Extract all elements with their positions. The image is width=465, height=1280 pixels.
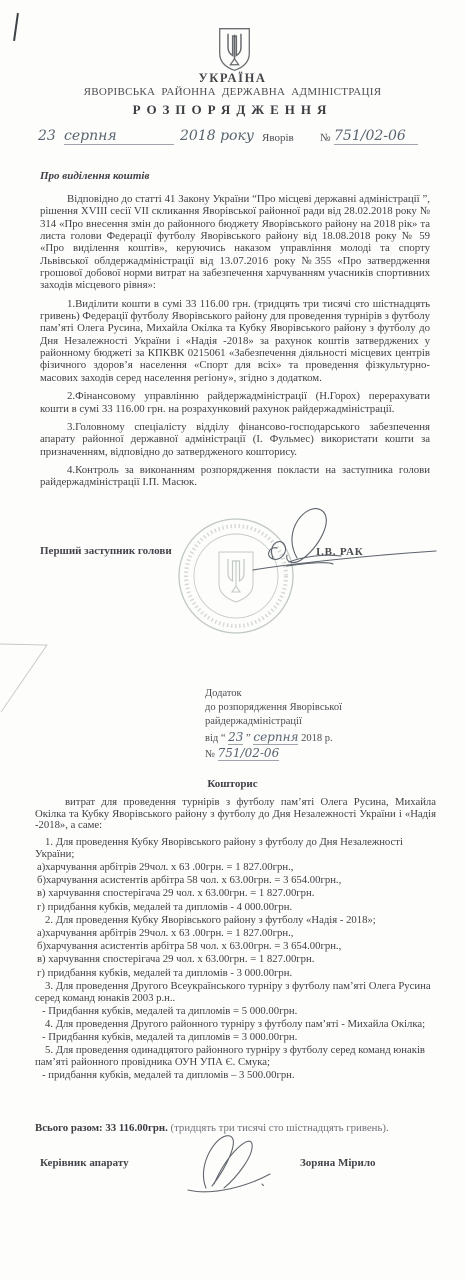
signatory-role-2: Керівник апарату <box>40 1157 129 1169</box>
appendix-date-quote: ” <box>246 733 251 744</box>
estimate-line: - Придбання кубків, медалей та дипломів … <box>35 1006 436 1018</box>
estimate-line: а)харчування арбітрів 29чол. х 63 .00грн… <box>35 862 436 874</box>
estimate-line: г) придбання кубків, медалей та дипломів… <box>35 902 436 914</box>
paragraph-item-4: 4.Контроль за виконанням розпорядження п… <box>40 464 430 489</box>
document-subject: Про виділення коштів <box>40 170 149 182</box>
pen-mark <box>13 13 19 41</box>
handwritten-month: серпня <box>64 128 174 145</box>
estimate-line: а)харчування арбітрів 29чол. х 63 .00грн… <box>35 928 436 940</box>
handwritten-day: 23 <box>38 128 56 144</box>
city-label: Яворів <box>262 132 294 144</box>
document-type-title: РОЗПОРЯДЖЕННЯ <box>0 102 465 118</box>
appendix-date-line: від “ 23 ” серпня 2018 р. <box>205 730 435 746</box>
trident-shield-icon <box>216 27 253 72</box>
handwritten-signature-2 <box>178 1124 283 1199</box>
country-title: УКРАЇНА <box>0 71 465 86</box>
appendix-date-prefix: від “ <box>205 733 226 744</box>
appendix-line-1: Додаток <box>205 687 435 701</box>
estimate-body: витрат для проведення турнірів з футболу… <box>35 797 436 1083</box>
estimate-line: г) придбання кубків, медалей та дипломів… <box>35 968 436 980</box>
appendix-reference: Додаток до розпорядження Яворівської рай… <box>205 687 435 762</box>
estimate-intro: витрат для проведення турнірів з футболу… <box>35 797 436 832</box>
appendix-handwritten-day: 23 <box>228 730 243 745</box>
paragraph-item-1: 1.Виділити кошти в сумі 33 116.00 грн. (… <box>40 298 430 384</box>
estimate-line: - Придбання кубків, медалей та дипломів … <box>35 1032 436 1044</box>
signatory-name-2: Зоряна Мірило <box>300 1157 376 1169</box>
estimate-line: б)харчування асистентів арбітра 58 чол. … <box>35 941 436 953</box>
page-fold-crease <box>0 633 60 718</box>
estimate-line: 5. Для проведення одинадцятого районного… <box>35 1045 436 1068</box>
estimate-line: 2. Для проведення Кубку Яворівського рай… <box>35 915 436 927</box>
paragraph-item-2: 2.Фінансовому управлінню райдержадмініст… <box>40 390 430 415</box>
scanned-document-page: УКРАЇНА ЯВОРІВСЬКА РАЙОННА ДЕРЖАВНА АДМІ… <box>0 0 465 1280</box>
paragraph-preamble: Відповідно до статті 41 Закону України “… <box>40 193 430 292</box>
appendix-line-3: райдержадміністрації <box>205 715 435 729</box>
handwritten-document-number: 751/02-06 <box>334 128 418 145</box>
estimate-line: 1. Для проведення Кубку Яворівського рай… <box>35 837 436 860</box>
appendix-number-line: № 751/02-06 <box>205 746 435 762</box>
estimate-line: 3. Для проведення Другого Всеукраїнськог… <box>35 981 436 1004</box>
estimate-line: в) харчування спостерігача 29 чол. х 63.… <box>35 888 436 900</box>
handwritten-year: 2018 року <box>180 128 254 144</box>
date-number-line: 23 серпня 2018 року Яворів № 751/02-06 <box>38 128 445 150</box>
appendix-handwritten-number: 751/02-06 <box>218 746 280 761</box>
number-sign: № <box>320 132 331 144</box>
estimate-line: в) харчування спостерігача 29 чол. х 63.… <box>35 954 436 966</box>
document-body: Відповідно до статті 41 Закону України “… <box>40 193 430 495</box>
appendix-handwritten-month: серпня <box>253 730 298 745</box>
total-amount: Всього разом: 33 116.00грн. <box>35 1122 168 1134</box>
organization-title: ЯВОРІВСЬКА РАЙОННА ДЕРЖАВНА АДМІНІСТРАЦІ… <box>0 86 465 98</box>
estimate-line: - придбання кубків, медалей та дипломів … <box>35 1070 436 1082</box>
appendix-number-sign: № <box>205 749 215 760</box>
estimate-title: Кошторис <box>0 778 465 790</box>
signatory-name-1: І.В. РАК <box>316 546 364 558</box>
signatory-role-1: Перший заступник голови <box>40 545 172 557</box>
appendix-date-suffix: 2018 р. <box>301 733 333 744</box>
appendix-line-2: до розпорядження Яворівської <box>205 701 435 715</box>
estimate-line: 4. Для проведення Другого районного турн… <box>35 1019 436 1031</box>
estimate-line: б)харчування асистентів арбітра 58 чол. … <box>35 875 436 887</box>
paragraph-item-3: 3.Головному спеціалісту відділу фінансов… <box>40 421 430 458</box>
